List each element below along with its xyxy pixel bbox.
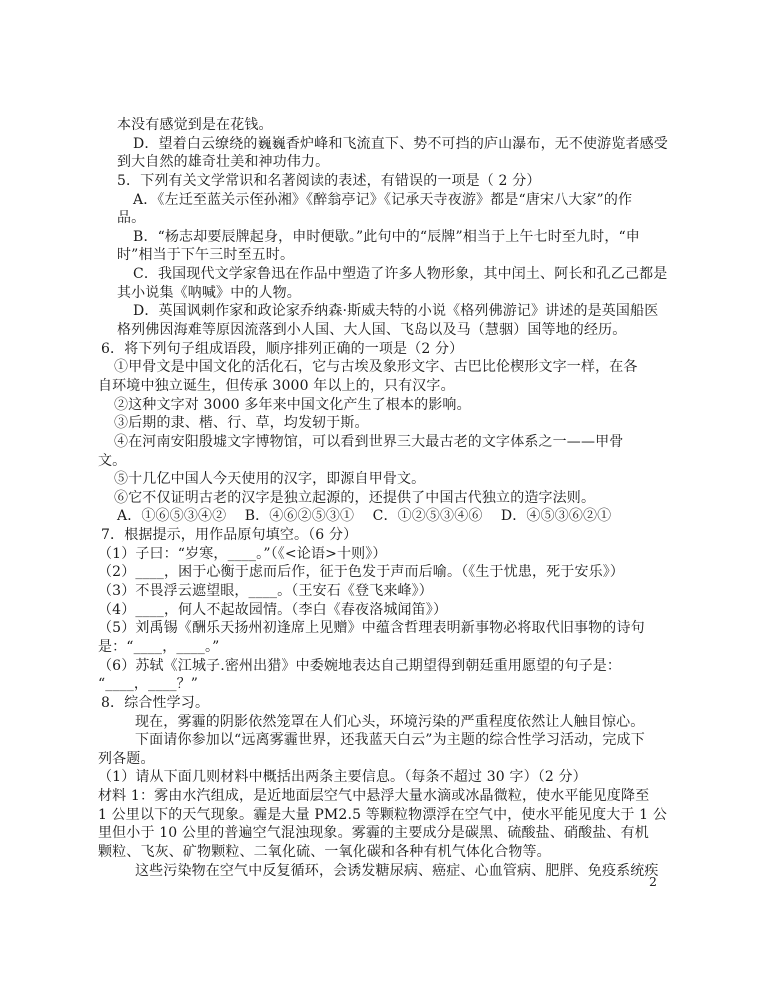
text-line: “____，____？”: [98, 675, 698, 694]
text-line: ④在河南安阳殷墟文字博物馆，可以看到世界三大最古老的文字体系之一——甲骨: [98, 433, 698, 452]
text-line: （2）____，困于心衡于虑而后作，征于色发于声而后喻。（《生于忧患，死于安乐》…: [98, 563, 698, 582]
text-line: D．英国讽刺作家和政论家乔纳森·斯威夫特的小说《格列佛游记》讲述的是英国船医: [98, 302, 698, 321]
text-line: 6．将下列句子组成语段，顺序排列正确的一项是（2 分）: [98, 340, 698, 359]
text-line: 其小说集《呐喊》中的人物。: [98, 284, 698, 303]
text-line: ①甲骨文是中国文化的活化石，它与古埃及象形文字、古巴比伦楔形文字一样，在各: [98, 358, 698, 377]
text-line: 下面请你参加以“远离雾霾世界，还我蓝天白云”为主题的综合性学习活动，完成下: [98, 731, 698, 750]
text-line: B．“杨志却要辰牌起身，申时便歇。”此句中的“辰牌”相当于上午七时至九时，“申: [98, 228, 698, 247]
text-line: 时”相当于下午三时至五时。: [98, 246, 698, 265]
text-line: 品。: [98, 209, 698, 228]
text-line: （4）____，何人不起故园情。（李白《春夜洛城闻笛》）: [98, 601, 698, 620]
document-viewport: { "page": { "number": "2", "background_c…: [0, 0, 770, 1000]
text-line: 格列佛因海难等原因流落到小人国、大人国、飞岛以及马（慧骃）国等地的经历。: [98, 321, 698, 340]
text-line: 文。: [98, 452, 698, 471]
text-line: 材料 1：雾由水汽组成，是近地面层空气中悬浮大量水滴或冰晶微粒，使水平能见度降至: [98, 787, 698, 806]
text-line: 列各题。: [98, 750, 698, 769]
text-line: D．望着白云缭绕的巍巍香炉峰和飞流直下、势不可挡的庐山瀑布，无不使游览者感受: [98, 135, 698, 154]
text-line: 5．下列有关文学常识和名著阅读的表述，有错误的一项是（ 2 分）: [98, 172, 698, 191]
text-line: 现在，雾霾的阴影依然笼罩在人们心头，环境污染的严重程度依然让人触目惊心。: [98, 713, 698, 732]
text-line: C．我国现代文学家鲁迅在作品中塑造了许多人物形象，其中闰土、阿长和孔乙己都是: [98, 265, 698, 284]
text-line: A．《左迁至蓝关示侄孙湘》《醉翁亭记》《记承天寺夜游》都是“唐宋八大家”的作: [98, 191, 698, 210]
document-text: 本没有感觉到是在花钱。D．望着白云缭绕的巍巍香炉峰和飞流直下、势不可挡的庐山瀑布…: [98, 116, 698, 880]
text-line: A．①⑥⑤③④② B．④⑥②⑤③① C．①②⑤③④⑥ D．④⑤③⑥②①: [98, 507, 698, 526]
text-line: ⑤十几亿中国人今天使用的汉字，即源自甲骨文。: [98, 470, 698, 489]
text-line: 自环境中独立诞生，但传承 3000 年以上的，只有汉字。: [98, 377, 698, 396]
text-line: 本没有感觉到是在花钱。: [98, 116, 698, 135]
text-line: （6）苏轼《江城子.密州出猎》中委婉地表达自己期望得到朝廷重用愿望的句子是：: [98, 657, 698, 676]
text-line: （1）请从下面几则材料中概括出两条主要信息。（每条不超过 30 字）（2 分）: [98, 768, 698, 787]
text-line: ②这种文字对 3000 多年来中国文化产生了根本的影响。: [98, 396, 698, 415]
text-line: （5）刘禹锡《酬乐天扬州初逢席上见赠》中蕴含哲理表明新事物必将取代旧事物的诗句: [98, 619, 698, 638]
text-line: 7．根据提示，用作品原句填空。（6 分）: [98, 526, 698, 545]
text-line: 这些污染物在空气中反复循环，会诱发糖尿病、癌症、心血管病、肥胖、免疫系统疾: [98, 862, 698, 881]
text-line: 是：“____，____。”: [98, 638, 698, 657]
text-line: 里但小于 10 公里的普遍空气混浊现象。雾霾的主要成分是碳黑、硫酸盐、硝酸盐、有…: [98, 824, 698, 843]
page-number: 2: [643, 874, 663, 889]
text-line: 到大自然的雄奇壮美和神功伟力。: [98, 153, 698, 172]
text-line: （1）子曰：“岁寒，____。”（《<论语>十则》）: [98, 545, 698, 564]
text-line: 8．综合性学习。: [98, 694, 698, 713]
document-page: 本没有感觉到是在花钱。D．望着白云缭绕的巍巍香炉峰和飞流直下、势不可挡的庐山瀑布…: [0, 0, 770, 1000]
text-line: （3）不畏浮云遮望眼，____。（王安石《登飞来峰》）: [98, 582, 698, 601]
text-line: 颗粒、飞灰、矿物颗粒、二氧化硫、一氧化碳和各种有机气体化合物等。: [98, 843, 698, 862]
text-line: ③后期的隶、楷、行、草，均发轫于斯。: [98, 414, 698, 433]
text-line: ⑥它不仅证明古老的汉字是独立起源的，还提供了中国古代独立的造字法则。: [98, 489, 698, 508]
text-line: 1 公里以下的天气现象。霾是大量 PM2.5 等颗粒物漂浮在空气中，使水平能见度…: [98, 806, 698, 825]
